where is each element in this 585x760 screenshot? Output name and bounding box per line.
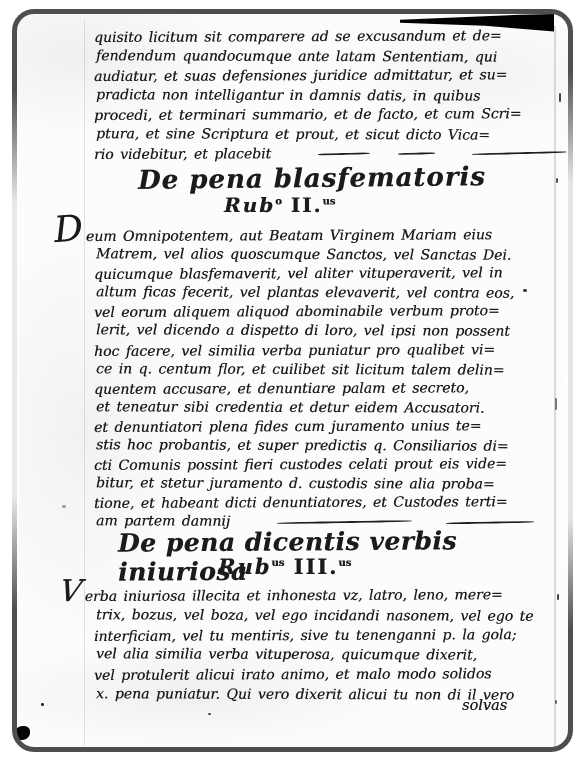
text-line: vel eorum aliquem aliquod abominabile ve… bbox=[94, 302, 534, 323]
paragraph-1: quisito licitum sit comparere ad se excu… bbox=[94, 28, 567, 165]
text-line: Deum Omnipotentem, aut Beatam Virginem M… bbox=[94, 218, 534, 247]
text-line: Matrem, vel alios quoscumque Sanctos, ve… bbox=[96, 245, 534, 266]
rubric-word: Rub bbox=[224, 193, 275, 217]
flourish-dash bbox=[446, 521, 534, 525]
initial-cap-d: D bbox=[53, 219, 83, 240]
text-line: ce in q. centum flor, et cuilibet sit li… bbox=[96, 360, 534, 381]
text-line: et denuntiatori plena fides cum jurament… bbox=[94, 417, 534, 438]
text-line: vel alia similia verba vituperosa, quicu… bbox=[96, 646, 534, 667]
rubric-superscript: us bbox=[338, 558, 351, 569]
flourish-dash bbox=[472, 151, 567, 155]
text-line: stis hoc probantis, et super predictis q… bbox=[96, 436, 534, 457]
text-line: procedi, et terminari summario, et de fa… bbox=[94, 105, 567, 127]
text-line: altum ficas fecerit, vel plantas elevave… bbox=[96, 284, 534, 305]
ink-speck bbox=[41, 703, 44, 706]
text-line: quisito licitum sit comparere ad se excu… bbox=[94, 27, 567, 49]
rubric-superscript: us bbox=[322, 196, 335, 207]
text-line: trix, bozus, vel boza, vel ego incidandi… bbox=[96, 606, 534, 627]
text-line: bitur, et stetur juramento d. custodis s… bbox=[96, 474, 534, 495]
ink-speck bbox=[523, 289, 527, 292]
text-line: pradicta non intelligantur in damnis dat… bbox=[96, 86, 567, 107]
rubric-numeral: III. bbox=[294, 554, 339, 579]
text-line: lerit, vel dicendo a dispetto di loro, v… bbox=[96, 322, 534, 343]
rubric-superscript: o bbox=[275, 196, 282, 207]
section-heading-blasfematoris: De pena blasfematoris bbox=[138, 162, 486, 196]
rubric-numeral: II. bbox=[291, 193, 323, 217]
text-line: rio videbitur, et placebit bbox=[94, 144, 567, 166]
catchword: solvas bbox=[462, 698, 507, 714]
text-line-text: erba iniuriosa illecita et inhonesta vz,… bbox=[85, 587, 503, 605]
paragraph-2: Deum Omnipotentem, aut Beatam Virginem M… bbox=[94, 219, 534, 533]
text-line: Verba iniuriosa illecita et inhonesta vz… bbox=[94, 580, 534, 608]
text-line: tione, et habeant dicti denuntiatores, e… bbox=[94, 493, 534, 514]
rubric-3-label: Rubus III.us bbox=[218, 554, 351, 579]
ink-speck bbox=[208, 713, 211, 715]
text-line-text: eum Omnipotentem, aut Beatam Virginem Ma… bbox=[86, 227, 492, 245]
text-line: vel protulerit alicui irato animo, et ma… bbox=[94, 665, 534, 687]
section-heading-iniuriosa: De pena dicentis verbis iniuriosa bbox=[118, 525, 585, 586]
page-edge-speck bbox=[556, 178, 558, 183]
text-line: audiatur, et suas defensiones juridice a… bbox=[94, 66, 567, 88]
flourish-dash bbox=[398, 152, 435, 155]
text-line: fendendum quandocumque ante latam Senten… bbox=[96, 47, 567, 68]
page-edge-speck bbox=[555, 398, 557, 410]
text-line: et teneatur sibi credentia et detur eide… bbox=[96, 398, 534, 419]
rubric-word: Rub bbox=[218, 554, 271, 579]
flourish-dash bbox=[318, 152, 370, 155]
text-line: quentem accusare, et denuntiare palam et… bbox=[94, 379, 534, 400]
page-edge-speck bbox=[555, 700, 557, 704]
flourish-dash bbox=[277, 520, 412, 524]
text-line: cti Comunis possint fieri custodes celat… bbox=[94, 455, 534, 476]
page-edge-speck bbox=[559, 93, 561, 102]
initial-cap-v: V bbox=[59, 582, 83, 601]
manuscript-scan: quisito licitum sit comparere ad se excu… bbox=[0, 0, 585, 760]
rubric-superscript: us bbox=[271, 558, 284, 569]
text-line-text: rio videbitur, et placebit bbox=[94, 146, 271, 163]
paragraph-3: Verba iniuriosa illecita et inhonesta vz… bbox=[94, 581, 533, 706]
text-line: quicumque blasfemaverit, vel aliter vitu… bbox=[94, 264, 534, 285]
text-line: hoc facere, vel similia verba puniatur p… bbox=[94, 341, 534, 362]
text-line: interficiam, vel tu mentiris, sive tu te… bbox=[94, 626, 534, 648]
ink-speck bbox=[62, 505, 66, 508]
page-edge-speck bbox=[557, 594, 559, 600]
rubric-2-label: Rubo II.us bbox=[224, 193, 335, 217]
text-line: ptura, et sine Scriptura et prout, et si… bbox=[96, 125, 567, 146]
